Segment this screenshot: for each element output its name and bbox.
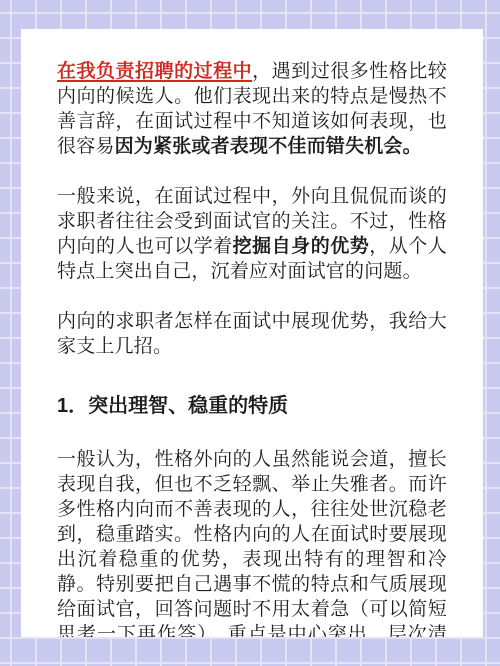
paragraph-tip-1-text: 一般认为，性格外向的人虽然能说会道，擅长表现自我，但也不乏轻飘、举止失雅者。而许… <box>57 449 447 637</box>
highlighted-lead-text: 在我负责招聘的过程中 <box>57 61 252 82</box>
paragraph-context-emphasis: 挖掘自身的优势 <box>233 236 370 257</box>
paragraph-intro: 在我负责招聘的过程中，遇到过很多性格比较内向的候选人。他们表现出来的特点是慢热不… <box>57 59 447 159</box>
section-heading-1: 1．突出理智、稳重的特质 <box>57 394 447 419</box>
note-card: 在我负责招聘的过程中，遇到过很多性格比较内向的候选人。他们表现出来的特点是慢热不… <box>21 29 483 637</box>
paragraph-tip-1: 一般认为，性格外向的人虽然能说会道，擅长表现自我，但也不乏轻飘、举止失雅者。而许… <box>57 447 447 637</box>
paragraph-context: 一般来说，在面试过程中，外向且侃侃而谈的求职者往往会受到面试官的关注。不过，性格… <box>57 184 447 284</box>
paragraph-intro-emphasis: 因为紧张或者表现不佳而错失机会。 <box>115 136 422 157</box>
paragraph-lead-in-text: 内向的求职者怎样在面试中展现优势，我给大家支上几招。 <box>57 311 447 357</box>
paragraph-lead-in: 内向的求职者怎样在面试中展现优势，我给大家支上几招。 <box>57 309 447 359</box>
